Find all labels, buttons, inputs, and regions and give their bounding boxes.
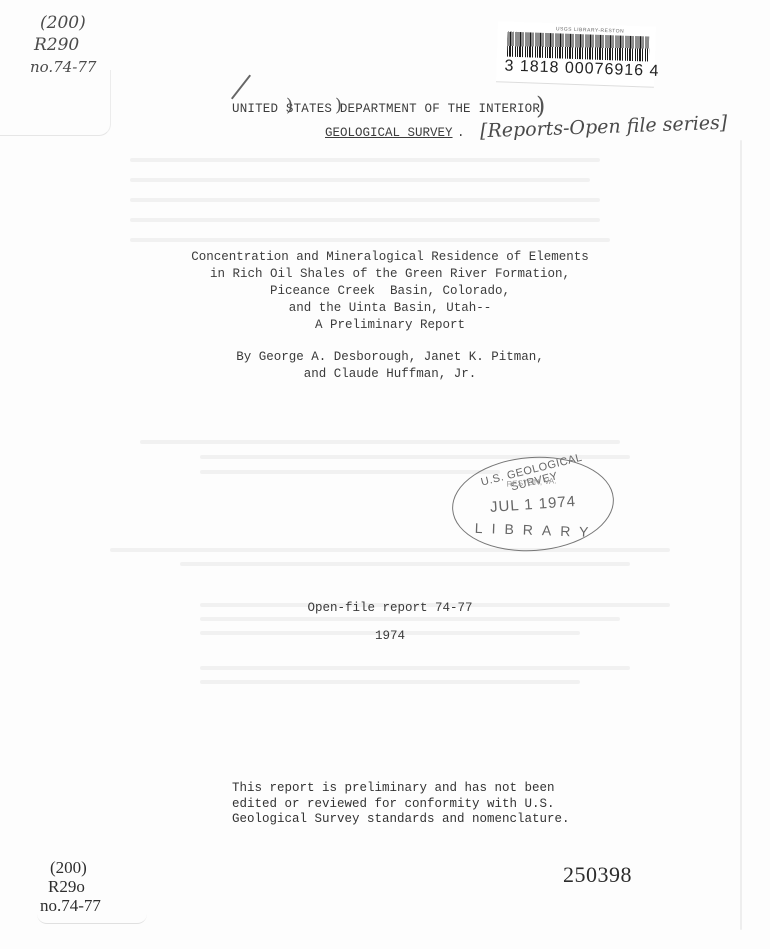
disclaimer-line: This report is preliminary and has not b… <box>232 781 570 797</box>
agency-heading: GEOLOGICAL SURVEY <box>325 126 453 140</box>
call-number-line: (200) <box>30 12 120 34</box>
bleed-through-line <box>110 548 670 552</box>
title-line: and the Uinta Basin, Utah-- <box>150 300 630 317</box>
bleed-through-line <box>200 666 630 670</box>
bleed-through-line <box>200 470 500 474</box>
accession-number: 250398 <box>563 862 632 888</box>
preliminary-disclaimer: This report is preliminary and has not b… <box>232 781 570 828</box>
pencil-bracket-mark-icon: ) <box>335 95 342 116</box>
report-title: Concentration and Mineralogical Residenc… <box>150 249 630 334</box>
stamp-label: LIBRARY <box>475 520 595 540</box>
handwritten-series-annotation: [Reports-Open file series] <box>480 112 728 143</box>
open-file-report-number: Open-file report 74-77 <box>150 601 630 615</box>
bleed-through-line <box>140 440 620 444</box>
catalog-card-edge <box>0 70 111 136</box>
title-line: A Preliminary Report <box>150 317 630 334</box>
authors-line: and Claude Huffman, Jr. <box>150 366 630 383</box>
library-received-stamp: U.S. GEOLOGICAL SURVEY RESTON, VA. JUL 1… <box>449 451 617 556</box>
pencil-check-mark-icon <box>231 75 251 100</box>
handwritten-call-number: (200) R290 no.74-77 <box>30 12 120 78</box>
bleed-through-line <box>200 617 620 621</box>
call-number-line: no.74-77 <box>40 896 101 915</box>
printed-call-number: (200) R29o no.74-77 <box>40 858 101 915</box>
bleed-through-line <box>130 178 590 182</box>
document-page: (200) R290 no.74-77 USGS LIBRARY-RESTON … <box>0 0 770 949</box>
bleed-through-line <box>130 158 600 162</box>
bleed-through-line <box>130 238 610 242</box>
call-number-line: R29o <box>40 877 101 896</box>
authors-line: By George A. Desborough, Janet K. Pitman… <box>150 349 630 366</box>
authors: By George A. Desborough, Janet K. Pitman… <box>150 349 630 383</box>
bleed-through-line <box>130 218 600 222</box>
title-line: Piceance Creek Basin, Colorado, <box>150 283 630 300</box>
pencil-bracket-mark-icon: ) <box>286 95 293 116</box>
disclaimer-line: Geological Survey standards and nomencla… <box>232 812 570 828</box>
bleed-through-margin <box>740 140 742 930</box>
call-number-line: no.74-77 <box>30 56 120 78</box>
library-barcode-label: USGS LIBRARY-RESTON 3 1818 00076916 4 <box>496 21 656 87</box>
call-number-line: R290 <box>30 34 120 56</box>
pencil-bracket-mark-icon: ) <box>536 92 545 120</box>
title-line: in Rich Oil Shales of the Green River Fo… <box>150 266 630 283</box>
barcode-bars-icon <box>507 32 650 62</box>
title-line: Concentration and Mineralogical Residenc… <box>150 249 630 266</box>
agency-punctuation: . <box>457 126 465 140</box>
bleed-through-line <box>130 198 600 202</box>
disclaimer-line: edited or reviewed for conformity with U… <box>232 797 570 813</box>
department-heading: UNITED STATES DEPARTMENT OF THE INTERIOR <box>232 102 540 116</box>
call-number-line: (200) <box>40 858 101 877</box>
bleed-through-line <box>200 680 580 684</box>
report-year: 1974 <box>150 629 630 643</box>
bleed-through-line <box>180 562 630 566</box>
